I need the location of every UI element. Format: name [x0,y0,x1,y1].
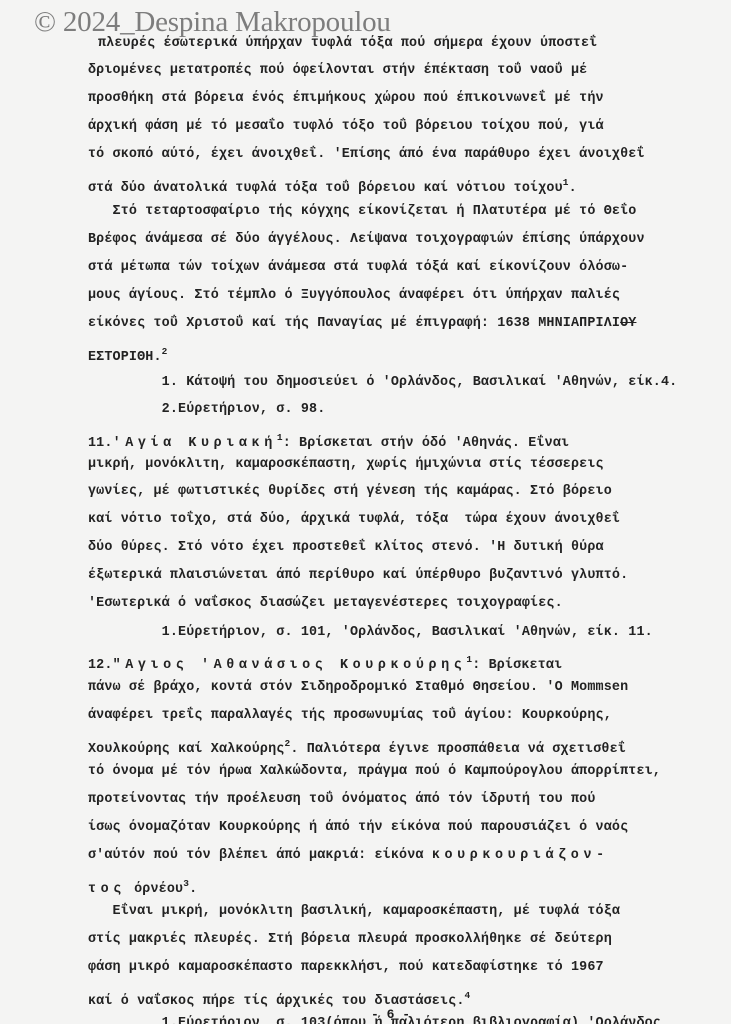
page-number: - 6 - [371,1007,410,1022]
text-line: 12."Αγιος 'Αθανάσιος Κουρκούρης1: Βρίσκε… [88,652,562,674]
text-line: πλευρές έσωτερικά ύπήρχαν τυφλά τόξα πού… [98,36,597,52]
line-text: 2.Εύρετήριον, σ. 98. [88,402,325,417]
text-line: σ'αύτόν πού τόν βλέπει άπό μακριά: είκόν… [88,848,609,864]
text-line: 1. Κάτοψή του δημοσιεύει ό 'Ορλάνδος, Βα… [88,375,677,391]
spaced-heading: "Αγιος 'Αθανάσιος Κουρκούρης [113,658,467,673]
text-line: άρχική φάση μέ τό μεσαΐο τυφλό τόξο τοΰ … [88,119,604,135]
line-text: 1. Κάτοψή του δημοσιεύει ό 'Ορλάνδος, Βα… [88,375,677,390]
line-text: δύο θύρες. Στό νότο έχει προστεθεΐ κλίτο… [88,540,604,555]
line-text: 'Εσωτερικά ό ναΐσκος διασώζει μεταγενέστ… [88,596,563,611]
text-line: Στό τεταρτοσφαίριο τής κόγχης είκονίζετα… [88,204,636,220]
text-line: τό όνομα μέ τόν ήρωα Χαλκώδοντα, πράγμα … [88,764,661,780]
text-line: μους άγίους. Στό τέμπλο ό Ξυγγόπουλος άν… [88,288,620,304]
text-line: 2.Εύρετήριον, σ. 98. [88,402,325,418]
text-line: καί ό ναΐσκος πήρε τίς άρχικές του διαστ… [88,988,470,1010]
text-line: γωνίες, μέ φωτιστικές θυρίδες στή γένεση… [88,484,612,500]
text-line: Βρέφος άνάμεσα σέ δύο άγγέλους. Λείψανα … [88,232,645,248]
text-line: έξωτερικά πλαισιώνεται άπό περίθυρο καί … [88,568,628,584]
struck-text: ΟΥ [620,316,636,331]
text-line: μικρή, μονόκλιτη, καμαροσκέπαστη, χωρίς … [88,457,604,473]
line-text: σ'αύτόν πού τόν βλέπει άπό μακριά: είκόν… [88,848,432,863]
text-line: 1.Εύρετήριον, σ. 101, 'Ορλάνδος, Βασιλικ… [88,625,653,641]
spaced-heading: τος [88,882,126,897]
text-line: 11.'Αγία Κυριακή1: Βρίσκεται στήν όδό 'Α… [88,430,569,452]
text-line: τό σκοπό αύτό, έχει άνοιχθεΐ. 'Επίσης άπ… [88,147,645,163]
line-text: Εΐναι μικρή, μονόκλιτη βασιλική, καμαροσ… [88,904,620,919]
text-line: Εΐναι μικρή, μονόκλιτη βασιλική, καμαροσ… [88,904,620,920]
text-line: πάνω σέ βράχο, κοντά στόν Σιδηροδρομικό … [88,680,628,696]
line-text: γωνίες, μέ φωτιστικές θυρίδες στή γένεση… [88,484,612,499]
line-text: στά δύο άνατολικά τυφλά τόξα τοΰ βόρειου… [88,181,563,196]
line-text: όρνέου [126,882,183,897]
line-text: προσθήκη στά βόρεια ένός έπιμήκους χώρου… [88,91,604,106]
line-text: μους άγίους. Στό τέμπλο ό Ξυγγόπουλος άν… [88,288,620,303]
line-text: ίσως όνομαζόταν Κουρκούρης ή άπό τήν είκ… [88,820,628,835]
line-text: έξωτερικά πλαισιώνεται άπό περίθυρο καί … [88,568,628,583]
line-text: . Παλιότερα έγινε προσπάθεια νά σχετισθε… [290,742,626,757]
line-text: 1.Εύρετήριον, σ. 101, 'Ορλάνδος, Βασιλικ… [88,625,653,640]
line-text: Βρέφος άνάμεσα σέ δύο άγγέλους. Λείψανα … [88,232,645,247]
text-line: δριομένες μετατροπές πού όφείλονται στήν… [88,63,587,79]
line-text: προτείνοντας τήν προέλευση τοΰ όνόματος … [88,792,596,807]
line-text: φάση μικρό καμαροσκέπαστο παρεκκλήσι, πο… [88,960,604,975]
line-text: είκόνες τοΰ Χριστοΰ καί τής Παναγίας μέ … [88,316,620,331]
line-text: ΕΣΤΟΡΙΘΗ. [88,350,162,365]
line-text: : Βρίσκεται στήν όδό 'Αθηνάς. Εΐναι [283,436,570,451]
line-text: άρχική φάση μέ τό μεσαΐο τυφλό τόξο τοΰ … [88,119,604,134]
text-line: δύο θύρες. Στό νότο έχει προστεθεΐ κλίτο… [88,540,604,556]
text-line: ΕΣΤΟΡΙΘΗ.2 [88,344,168,366]
line-text: 11. [88,436,113,451]
text-line: στά μέτωπα τών τοίχων άνάμεσα στά τυφλά … [88,260,628,276]
text-line: ίσως όνομαζόταν Κουρκούρης ή άπό τήν είκ… [88,820,628,836]
line-text: τό όνομα μέ τόν ήρωα Χαλκώδοντα, πράγμα … [88,764,661,779]
text-line: άναφέρει τρεΐς παραλλαγές τής προσωνυμία… [88,708,612,724]
line-text: . [569,181,577,196]
line-text: μικρή, μονόκλιτη, καμαροσκέπαστη, χωρίς … [88,457,604,472]
line-text: : Βρίσκεται [472,658,562,673]
line-text: δριομένες μετατροπές πού όφείλονται στήν… [88,63,587,78]
line-text: στά μέτωπα τών τοίχων άνάμεσα στά τυφλά … [88,260,628,275]
text-line: στά δύο άνατολικά τυφλά τόξα τοΰ βόρειου… [88,175,577,197]
line-text: άναφέρει τρεΐς παραλλαγές τής προσωνυμία… [88,708,612,723]
text-line: καί νότιο τοΐχο, στά δύο, άρχικά τυφλά, … [88,512,620,528]
line-text: καί νότιο τοΐχο, στά δύο, άρχικά τυφλά, … [88,512,620,527]
text-line: προσθήκη στά βόρεια ένός έπιμήκους χώρου… [88,91,604,107]
text-line: τος όρνέου3. [88,876,197,898]
text-line: Χουλκούρης καί Χαλκούρης2. Παλιότερα έγι… [88,736,626,758]
footnote-ref: 2 [162,346,168,357]
line-text: Στό τεταρτοσφαίριο τής κόγχης είκονίζετα… [88,204,636,219]
spaced-heading: κουρκουριάζον- [432,848,609,863]
copyright-watermark: © 2024_Despina Makropoulou [34,6,391,39]
line-text: 12. [88,658,113,673]
line-text: στίς μακριές πλευρές. Στή βόρεια πλευρά … [88,932,612,947]
line-text: πάνω σέ βράχο, κοντά στόν Σιδηροδρομικό … [88,680,628,695]
text-line: φάση μικρό καμαροσκέπαστο παρεκκλήσι, πο… [88,960,604,976]
text-line: είκόνες τοΰ Χριστοΰ καί τής Παναγίας μέ … [88,316,636,332]
line-text: τό σκοπό αύτό, έχει άνοιχθεΐ. 'Επίσης άπ… [88,147,645,162]
line-text: Χουλκούρης καί Χαλκούρης [88,742,284,757]
line-text: πλευρές έσωτερικά ύπήρχαν τυφλά τόξα πού… [98,36,597,51]
text-line: 'Εσωτερικά ό ναΐσκος διασώζει μεταγενέστ… [88,596,563,612]
spaced-heading: 'Αγία Κυριακή [113,436,277,451]
footnote-ref: 4 [465,990,471,1001]
text-line: προτείνοντας τήν προέλευση τοΰ όνόματος … [88,792,596,808]
text-line: στίς μακριές πλευρές. Στή βόρεια πλευρά … [88,932,612,948]
line-text: . [189,882,197,897]
